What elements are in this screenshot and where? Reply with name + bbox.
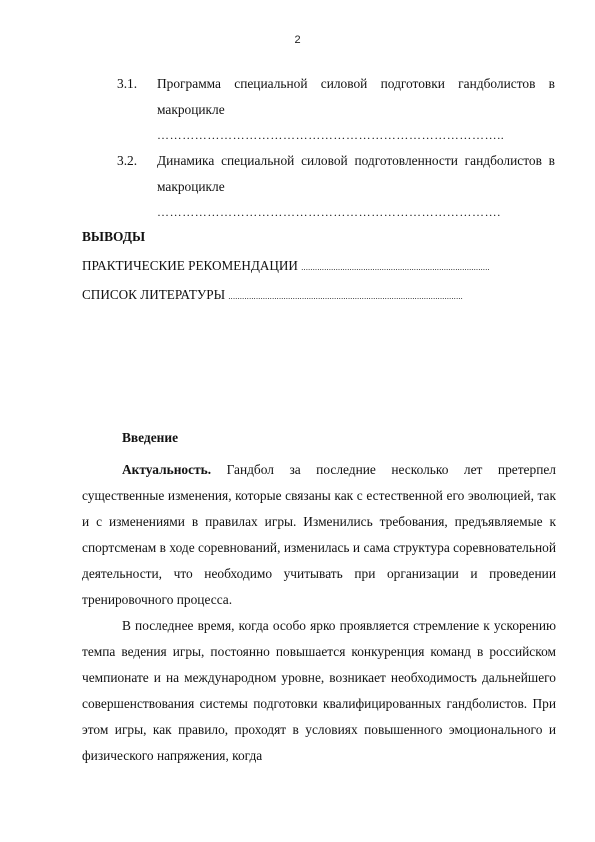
toc-references-label: СПИСОК ЛИТЕРАТУРЫ (82, 287, 225, 302)
relevance-lead: Актуальность. (122, 462, 211, 477)
toc-item-title: Динамика специальной силовой подготовлен… (157, 153, 555, 169)
paragraph-text: В последнее время, когда особо ярко проя… (82, 618, 556, 763)
toc-dot-leader: ………………………………………………………………………. (157, 205, 537, 220)
relevance-text: Гандбол за последние несколько лет прете… (82, 462, 556, 607)
toc-recommendations: ПРАКТИЧЕСКИЕ РЕКОМЕНДАЦИИ ..............… (82, 258, 490, 274)
toc-item-title-cont: макроцикле (157, 102, 225, 118)
toc-item-title: Программа специальной силовой подготовки… (157, 76, 555, 92)
toc-references: СПИСОК ЛИТЕРАТУРЫ ......................… (82, 287, 463, 303)
toc-item-number: 3.1. (117, 76, 137, 92)
intro-heading: Введение (122, 430, 178, 446)
toc-conclusions: ВЫВОДЫ (82, 229, 145, 245)
intro-paragraph-2: В последнее время, когда особо ярко проя… (82, 613, 556, 770)
toc-item-title-cont: макроцикле (157, 179, 225, 195)
toc-recommendations-label: ПРАКТИЧЕСКИЕ РЕКОМЕНДАЦИИ (82, 258, 298, 273)
toc-dot-leader: ……………………………………………………………………….. (157, 128, 537, 143)
toc-dot-leader: ........................................… (228, 292, 463, 301)
page-number: 2 (0, 34, 595, 46)
toc-item-number: 3.2. (117, 153, 137, 169)
toc-dot-leader: ........................................… (301, 263, 490, 272)
intro-paragraph-relevance: Актуальность. Гандбол за последние неско… (82, 457, 556, 614)
